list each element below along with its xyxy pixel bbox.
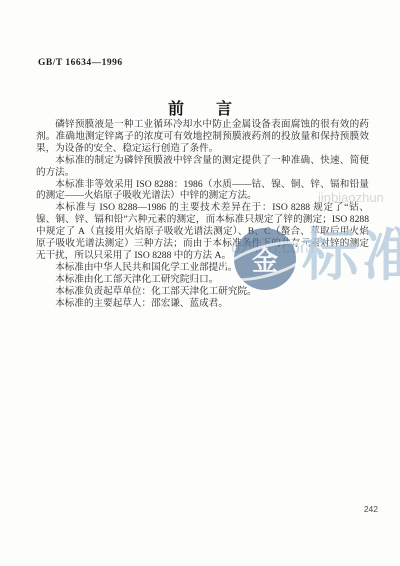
paragraph: 本标准负责起草单位：化工部天津化工研究院。 bbox=[36, 286, 369, 298]
paragraph: 本标准由中华人民共和国化学工业部提出。 bbox=[36, 262, 369, 274]
standard-number-header: GB/T 16634—1996 bbox=[38, 58, 123, 68]
paragraph: 本标准的主要起草人：邵宏谦、蓝成君。 bbox=[36, 298, 369, 310]
paragraph: 本标准由化工部天津化工研究院归口。 bbox=[36, 274, 369, 286]
foreword-body: 磷锌预膜液是一种工业循环冷却水中防止金属设备表面腐蚀的很有效的药剂。准确地测定锌… bbox=[36, 119, 369, 310]
paragraph: 本标准与 ISO 8288—1986 的主要技术差异在于：ISO 8288 规定… bbox=[36, 202, 369, 262]
paragraph: 本标准的制定为磷锌预膜液中锌含量的测定提供了一种准确、快速、简便的方法。 bbox=[36, 155, 369, 179]
page-title: 前 言 bbox=[0, 96, 400, 119]
paragraph: 本标准非等效采用 ISO 8288：1986（水质——钴、镍、铜、锌、镉和铅量的… bbox=[36, 179, 369, 203]
page-number: 242 bbox=[364, 504, 378, 514]
paragraph: 磷锌预膜液是一种工业循环冷却水中防止金属设备表面腐蚀的很有效的药剂。准确地测定锌… bbox=[36, 119, 369, 155]
document-page: GB/T 16634—1996 前 言 磷锌预膜液是一种工业循环冷却水中防止金属… bbox=[0, 0, 400, 566]
